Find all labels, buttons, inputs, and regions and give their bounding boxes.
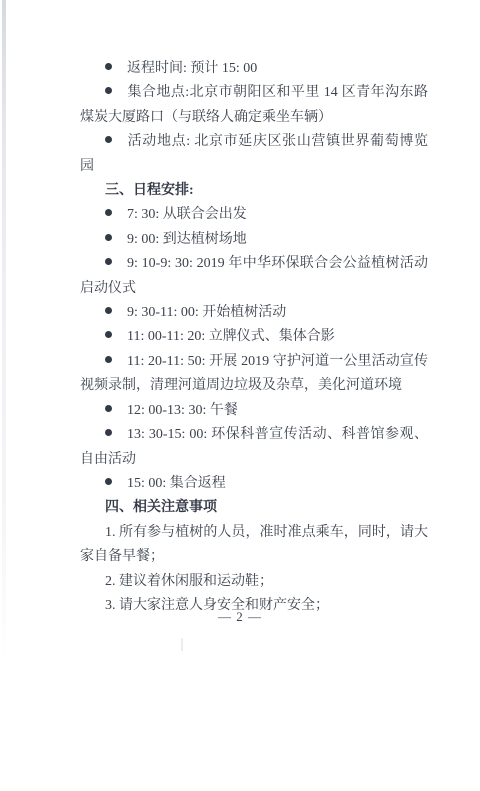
bullet-list-item: 活动地点: 北京市延庆区张山营镇世界葡萄博览园 (80, 130, 428, 179)
note-item: 1. 所有参与植树的人员，准时准点乘车，同时，请大家自备早餐； (80, 521, 428, 570)
bullet-list-item: 集合地点:北京市朝阳区和平里 14 区青年沟东路煤炭大厦路口（与联络人确定乘坐车… (80, 81, 428, 130)
bullet-list-item: 9: 00: 到达植树场地 (80, 228, 428, 252)
bullet-list-item: 12: 00-13: 30: 午餐 (80, 399, 428, 423)
bullet-icon (105, 478, 112, 485)
scan-edge-artifact (2, 0, 6, 662)
section-heading: 三、日程安排: (80, 179, 428, 203)
bullet-list-item: 7: 30: 从联合会出发 (80, 203, 428, 227)
bullet-icon (105, 87, 112, 94)
bullet-icon (105, 209, 112, 216)
bullet-icon (105, 429, 112, 436)
bullet-icon (105, 136, 112, 143)
bullet-icon (105, 258, 112, 265)
scan-smudge-artifact (181, 638, 183, 651)
bullet-icon (105, 234, 112, 241)
bullet-icon (105, 307, 112, 314)
bullet-icon (105, 63, 112, 70)
bullet-icon (105, 356, 112, 363)
bullet-icon (105, 331, 112, 338)
page-number: — 2 — (0, 609, 480, 625)
bullet-list-item: 11: 20-11: 50: 开展 2019 守护河道一公里活动宣传视频录制，清… (80, 350, 428, 399)
document-body: 返程时间: 预计 15: 00 集合地点:北京市朝阳区和平里 14 区青年沟东路… (80, 57, 428, 618)
section-heading: 四、相关注意事项 (80, 496, 428, 520)
bullet-list-item: 13: 30-15: 00: 环保科普宣传活动、科普馆参观、自由活动 (80, 423, 428, 472)
bullet-list-item: 9: 10-9: 30: 2019 年中华环保联合会公益植树活动启动仪式 (80, 252, 428, 301)
note-item: 2. 建议着休闲服和运动鞋； (80, 570, 428, 594)
bullet-list-item: 9: 30-11: 00: 开始植树活动 (80, 301, 428, 325)
bullet-list-item: 11: 00-11: 20: 立牌仪式、集体合影 (80, 325, 428, 349)
bullet-icon (105, 405, 112, 412)
scanned-document-page: 返程时间: 预计 15: 00 集合地点:北京市朝阳区和平里 14 区青年沟东路… (0, 0, 480, 791)
bullet-list-item: 返程时间: 预计 15: 00 (80, 57, 428, 81)
bullet-list-item: 15: 00: 集合返程 (80, 472, 428, 496)
